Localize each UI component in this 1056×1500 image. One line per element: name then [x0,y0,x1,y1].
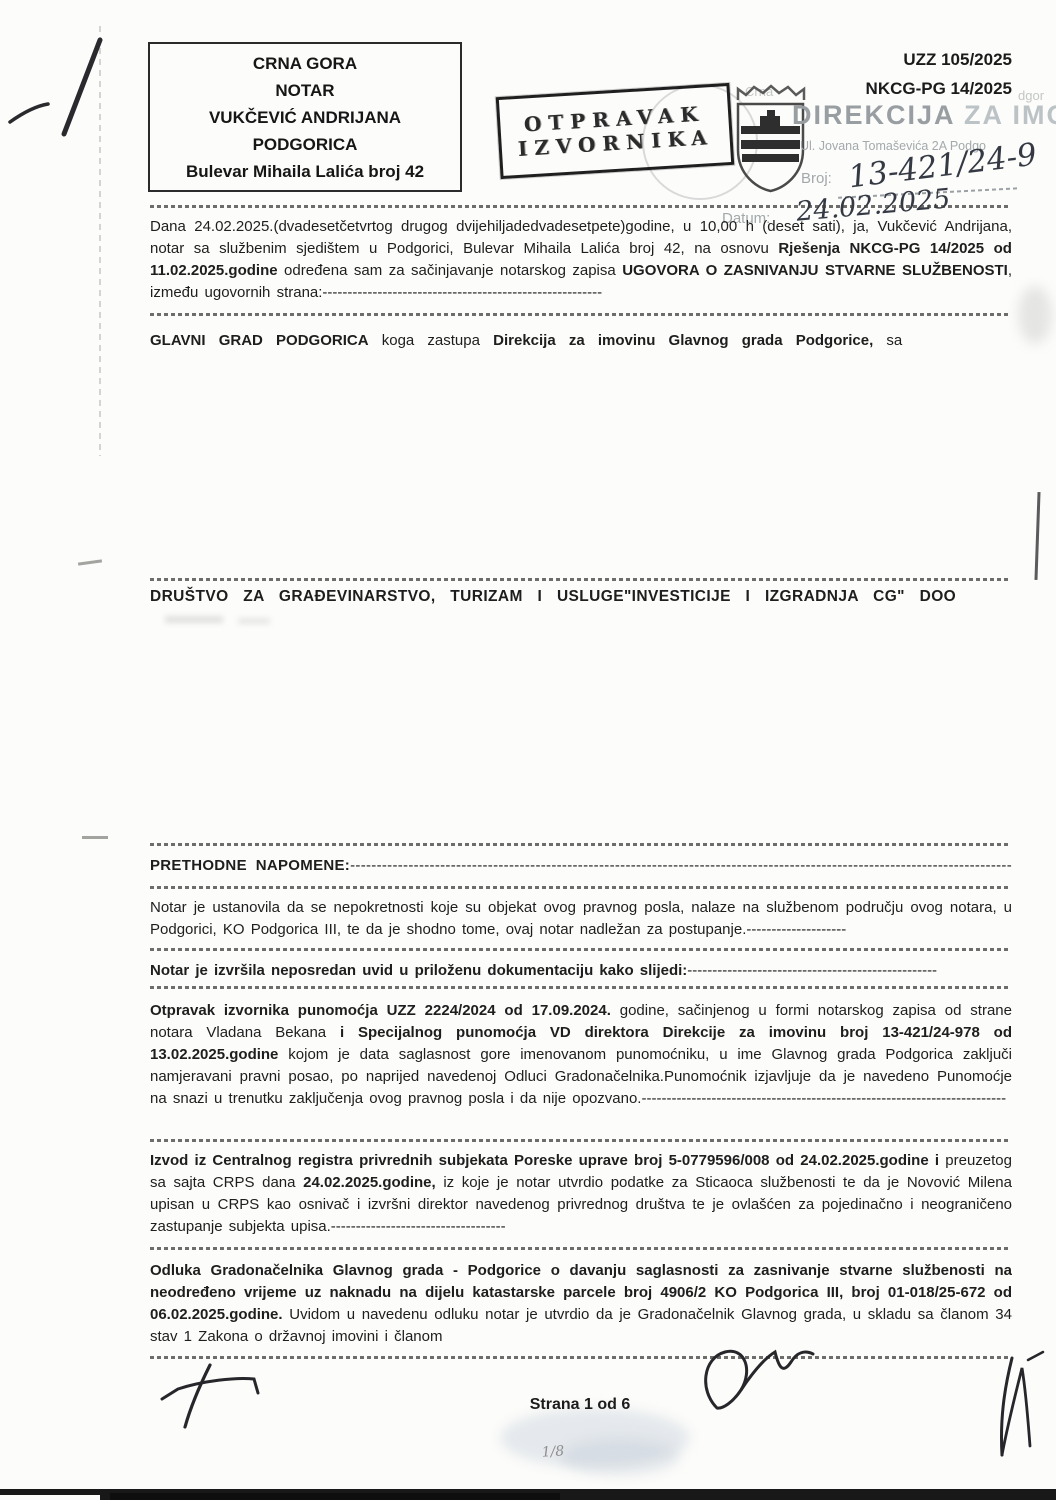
notar-label: NOTAR [275,77,334,104]
dashed-separator [150,205,1010,208]
faded-text-smudge [165,616,223,623]
notary-name: VUKČEVIĆ ANDRIJANA [209,104,401,131]
dashed-separator [150,1356,1010,1359]
napomena-paragraph: Notar je ustanovila da se nepokretnosti … [150,897,1012,943]
direkcija-stamp-title-dark: DIREKCIJA [792,100,964,130]
odluka-gradonacelnika-paragraph: Odluka Gradonačelnika Glavnog grada - Po… [150,1260,1012,1352]
drustvo-party-line: DRUŠTVO ZA GRAĐEVINARSTVO, TURIZAM I USL… [150,586,1012,612]
dashed-separator [150,886,1010,889]
notary-address: Bulevar Mihaila Lalića broj 42 [186,158,424,185]
direkcija-stamp-title-light: ZA IMOVI [964,100,1056,130]
dashed-separator [150,948,1010,951]
dashed-separator [150,578,1010,581]
page-number-label: Strana 1 od 6 [150,1396,1010,1414]
prethodne-napomene-heading: PRETHODNE NAPOMENE:---------------------… [150,855,1012,879]
otpravak-punomocje-paragraph: Otpravak izvornika punomoćja UZZ 2224/20… [150,1000,1012,1134]
broj-label: Broj: [801,170,832,187]
handwritten-mark-top-left [0,30,120,180]
scanned-document-page: CRNA GORA NOTAR VUKČEVIĆ ANDRIJANA PODGO… [0,0,1056,1500]
country-label: CRNA GORA [253,50,357,77]
intro-paragraph: Dana 24.02.2025.(dvadesetčetvrtog drugog… [150,216,1012,306]
dashed-separator [150,313,1010,316]
dashed-separator [150,1247,1010,1250]
uvid-heading: Notar je izvršila neposredan uvid u pril… [150,960,1012,984]
direkcija-stamp-title: DIREKCIJA ZA IMOVI [792,100,1056,131]
pen-line-artifact [1034,492,1040,580]
notary-city: PODGORICA [253,131,358,158]
margin-dash-artifact [78,559,102,565]
otpravak-izvornika-stamp: OTPRAVAK IZVORNIKA [496,83,735,179]
dashed-separator [150,986,1010,989]
izvod-crps-paragraph: Izvod iz Centralnog registra privrednih … [150,1150,1012,1242]
glavni-grad-party-line: GLAVNI GRAD PODGORICA koga zastupa Direk… [150,330,1012,354]
scan-edge-bar [110,1493,560,1500]
scan-edge-notch [0,1495,100,1500]
faded-text-smudge [238,618,270,624]
ink-bleed-smudge [1018,286,1052,344]
margin-dash-artifact [82,836,108,839]
dashed-separator [150,1139,1010,1142]
notary-header-box: CRNA GORA NOTAR VUKČEVIĆ ANDRIJANA PODGO… [148,42,462,192]
signature-scribble-left [150,1355,270,1435]
uzz-case-number: UZZ 105/2025 [700,50,1012,70]
dashed-separator [150,843,1010,846]
